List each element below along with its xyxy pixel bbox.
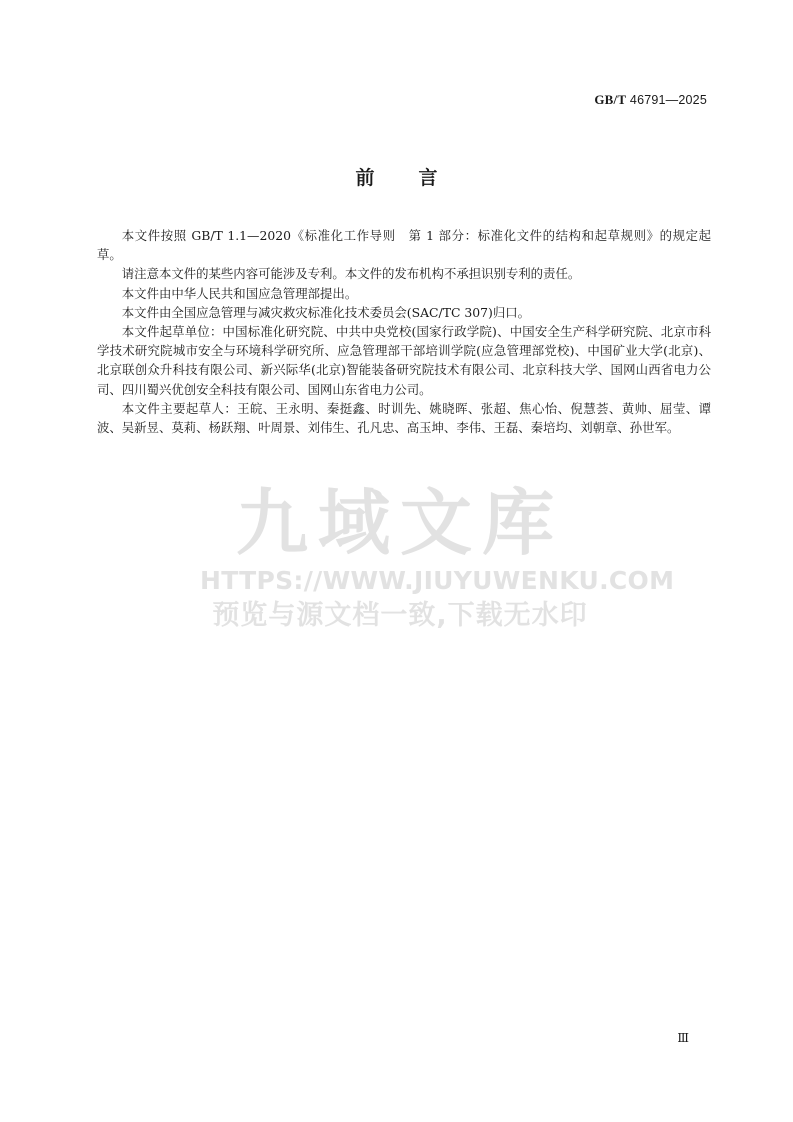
paragraph-patent-notice: 请注意本文件的某些内容可能涉及专利。本文件的发布机构不承担识别专利的责任。 [97, 264, 711, 283]
paragraph-drafting-rules: 本文件按照 GB/T 1.1—2020《标准化工作导则 第 1 部分：标准化文件… [97, 226, 711, 264]
watermark-url: HTTPS://WWW.JIUYUWENKU.COM [200, 566, 600, 596]
foreword-body: 本文件按照 GB/T 1.1—2020《标准化工作导则 第 1 部分：标准化文件… [97, 226, 711, 437]
standard-number: 46791—2025 [630, 93, 707, 107]
standard-code: GB/T 46791—2025 [594, 92, 707, 108]
paragraph-drafting-units: 本文件起草单位：中国标准化研究院、中共中央党校(国家行政学院)、中国安全生产科学… [97, 322, 711, 399]
standard-prefix: GB/T [594, 92, 626, 107]
watermark-note: 预览与源文档一致,下载无水印 [200, 596, 600, 636]
paragraph-drafters: 本文件主要起草人：王皖、王永明、秦挺鑫、时训先、姚晓晖、张超、焦心怡、倪慧荟、黄… [97, 399, 711, 437]
paragraph-proposer: 本文件由中华人民共和国应急管理部提出。 [97, 284, 711, 303]
page-number: Ⅲ [677, 1031, 689, 1046]
paragraph-committee: 本文件由全国应急管理与减灾救灾标准化技术委员会(SAC/TC 307)归口。 [97, 303, 711, 322]
page-title: 前言 [0, 163, 793, 190]
watermark-logo-text: 九域文库 [200, 480, 600, 566]
watermark: 九域文库 HTTPS://WWW.JIUYUWENKU.COM 预览与源文档一致… [200, 480, 600, 636]
